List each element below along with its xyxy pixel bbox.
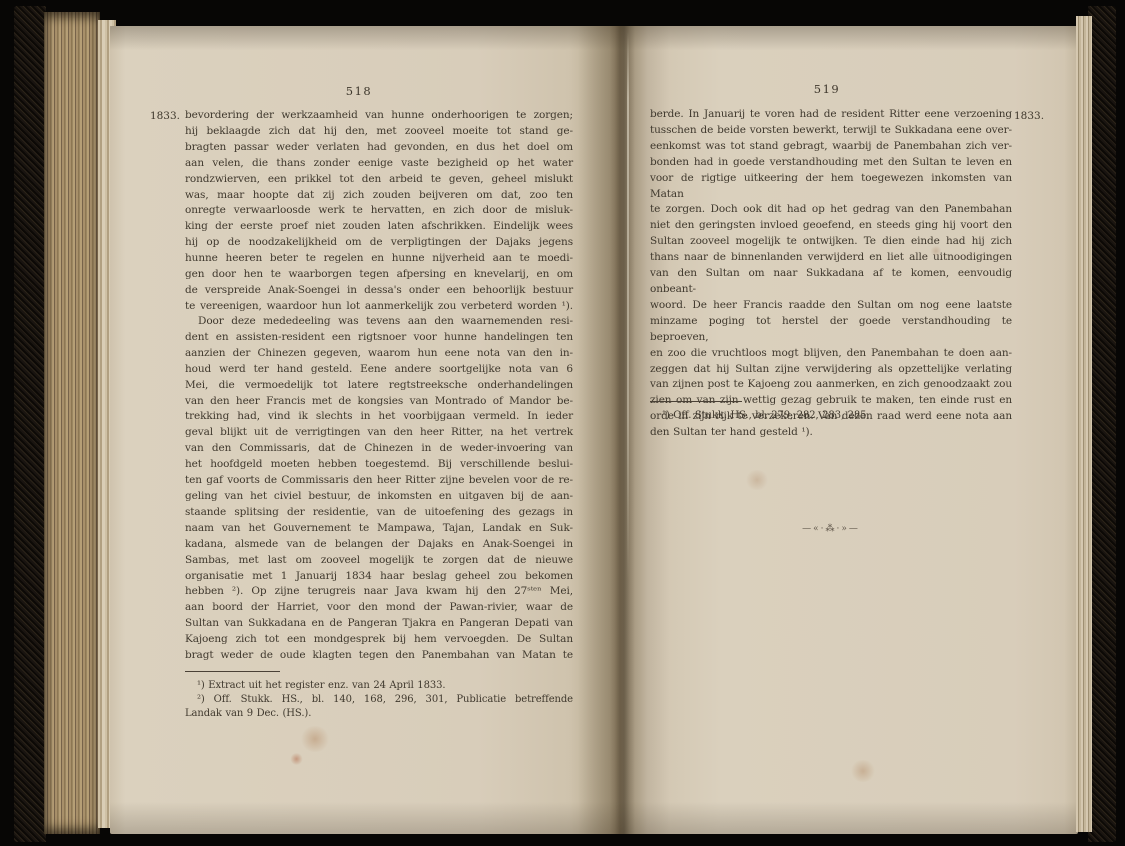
footnote-left-2: ²) Off. Stukk. HS., bl. 140, 168, 296, 3…	[185, 693, 573, 721]
text-line: hebben ²). Op zijne terugreis naar Java …	[185, 584, 573, 600]
book-cover-right	[1088, 6, 1116, 842]
text-line: van zijnen post te Kajoeng zou aanmerken…	[650, 377, 1012, 393]
text-line: geling van het civiel bestuur, de inkoms…	[185, 489, 573, 505]
text-line: geval blijkt uit de verrigtingen van den…	[185, 425, 573, 441]
text-line: trekking had, vind ik slechts in het voo…	[185, 409, 573, 425]
paragraph-left-1: bevordering der werkzaamheid van hunne o…	[185, 108, 573, 315]
text-line: kadana, alsmede van de belangen der Daja…	[185, 537, 573, 553]
footnote-left-1: ¹) Extract uit het register enz. van 24 …	[185, 679, 573, 693]
stain	[850, 760, 876, 782]
text-line: zeggen dat hij Sultan zijne verwijdering…	[650, 362, 1012, 378]
text-line: was, maar hoopte dat zij zich zouden bei…	[185, 188, 573, 204]
text-line: berde. In Januarij te voren had de resid…	[650, 107, 1012, 123]
text-line: het hoofdgeld moeten hebben toegestemd. …	[185, 457, 573, 473]
page-crease	[627, 32, 629, 580]
stain	[300, 726, 330, 752]
text-line: hij op de noodzakelijkheid om de verplig…	[185, 235, 573, 251]
page-fore-edge-stack	[44, 12, 100, 834]
text-line: eenkomst was tot stand gebragt, waarbij …	[650, 139, 1012, 155]
text-line: te zorgen. Doch ook dit had op het gedra…	[650, 202, 1012, 218]
text-line: staande splitsing der residentie, van de…	[185, 505, 573, 521]
text-line: houd werd ter hand gesteld. Eene andere …	[185, 362, 573, 378]
text-line: den Sultan ter hand gesteld ¹).	[650, 425, 1012, 441]
stain	[290, 753, 303, 765]
text-line: ²) Off. Stukk. HS., bl. 140, 168, 296, 3…	[185, 693, 573, 707]
text-line: Sambas, met last om zooveel mogelijk te …	[185, 553, 573, 569]
text-line: van den Sultan om naar Sukkadana af te k…	[650, 266, 1012, 298]
text-line: de verspreide Anak-Soengei in dessa's on…	[185, 283, 573, 299]
text-line: rondzwierven, een prikkel tot den arbeid…	[185, 172, 573, 188]
section-ornament: —«·⁂·»—	[650, 524, 1012, 534]
text-line: bragten passar weder verlaten had gevond…	[185, 140, 573, 156]
text-line: te vereenigen, waardoor hun lot aanmerke…	[185, 299, 573, 315]
text-line: ten gaf voorts de Commissaris den heer R…	[185, 473, 573, 489]
text-line: hij beklaagde zich dat hij den, met zoov…	[185, 124, 573, 140]
text-line: voor de rigtige uitkeering der hem toege…	[650, 171, 1012, 203]
text-line: Sultan zooveel mogelijk te ontwijken. Te…	[650, 234, 1012, 250]
paragraph-left-2: Door deze mededeeling was tevens aan den…	[185, 314, 573, 664]
text-line: minzame poging tot herstel der goede ver…	[650, 314, 1012, 346]
page-number-right: 519	[650, 82, 1004, 96]
text-line: bonden had in goede verstandhouding met …	[650, 155, 1012, 171]
text-line: dent en assisten-resident een rigtsnoer …	[185, 330, 573, 346]
text-line: Landak van 9 Dec. (HS.).	[185, 707, 573, 721]
text-line: onregte verwaarloosde werk te hervatten,…	[185, 203, 573, 219]
text-line: woord. De heer Francis raadde den Sultan…	[650, 298, 1012, 314]
text-line: en zoo die vruchtloos mogt blijven, den …	[650, 346, 1012, 362]
text-line: hunne heeren beter te regelen en hunne n…	[185, 251, 573, 267]
footnote-right: ¹) Off. Stukk. HS., bl. 279, 282, 283, 2…	[650, 409, 1012, 423]
paragraph-right: berde. In Januarij te voren had de resid…	[650, 107, 1012, 441]
page-number-left: 518	[185, 84, 533, 98]
text-line: aan velen, die thans zonder eenige vaste…	[185, 156, 573, 172]
text-line: naam van het Gouvernement te Mampawa, Ta…	[185, 521, 573, 537]
margin-year-left: 1833.	[136, 110, 180, 122]
text-line: niet den geringsten invloed geoefend, en…	[650, 218, 1012, 234]
page-edge-lines-right	[1076, 16, 1092, 832]
footnote-rule-right	[650, 401, 742, 402]
text-line: gen door hen te waarborgen tegen afpersi…	[185, 267, 573, 283]
margin-year-right: 1833.	[1014, 110, 1060, 122]
text-line: Door deze mededeeling was tevens aan den…	[185, 314, 573, 330]
text-line: aan boord der Harriet, voor den mond der…	[185, 600, 573, 616]
book-cover-left	[14, 6, 46, 842]
text-line: van den Commissaris, dat de Chinezen in …	[185, 441, 573, 457]
footnote-rule-left	[185, 671, 280, 672]
text-line: bragt weder de oude klagten tegen den Pa…	[185, 648, 573, 664]
text-line: tusschen de beide vorsten bewerkt, terwi…	[650, 123, 1012, 139]
text-line: Sultan van Sukkadana en de Pangeran Tjak…	[185, 616, 573, 632]
text-line: Kajoeng zich tot een mondgesprek bij hem…	[185, 632, 573, 648]
text-line: aanzien der Chinezen gegeven, waarom hun…	[185, 346, 573, 362]
stain	[745, 470, 769, 490]
text-line: king der eerste proef niet zouden laten …	[185, 219, 573, 235]
text-line: ¹) Extract uit het register enz. van 24 …	[185, 679, 573, 693]
text-line: ¹) Off. Stukk. HS., bl. 279, 282, 283, 2…	[650, 409, 1012, 423]
text-line: thans naar de binnenlanden verwijderd en…	[650, 250, 1012, 266]
text-line: Mei, die vermoedelijk tot latere regtstr…	[185, 378, 573, 394]
text-line: organisatie met 1 Januarij 1834 haar bes…	[185, 569, 573, 585]
text-line: bevordering der werkzaamheid van hunne o…	[185, 108, 573, 124]
text-line: van den heer Francis met de kongsies van…	[185, 394, 573, 410]
